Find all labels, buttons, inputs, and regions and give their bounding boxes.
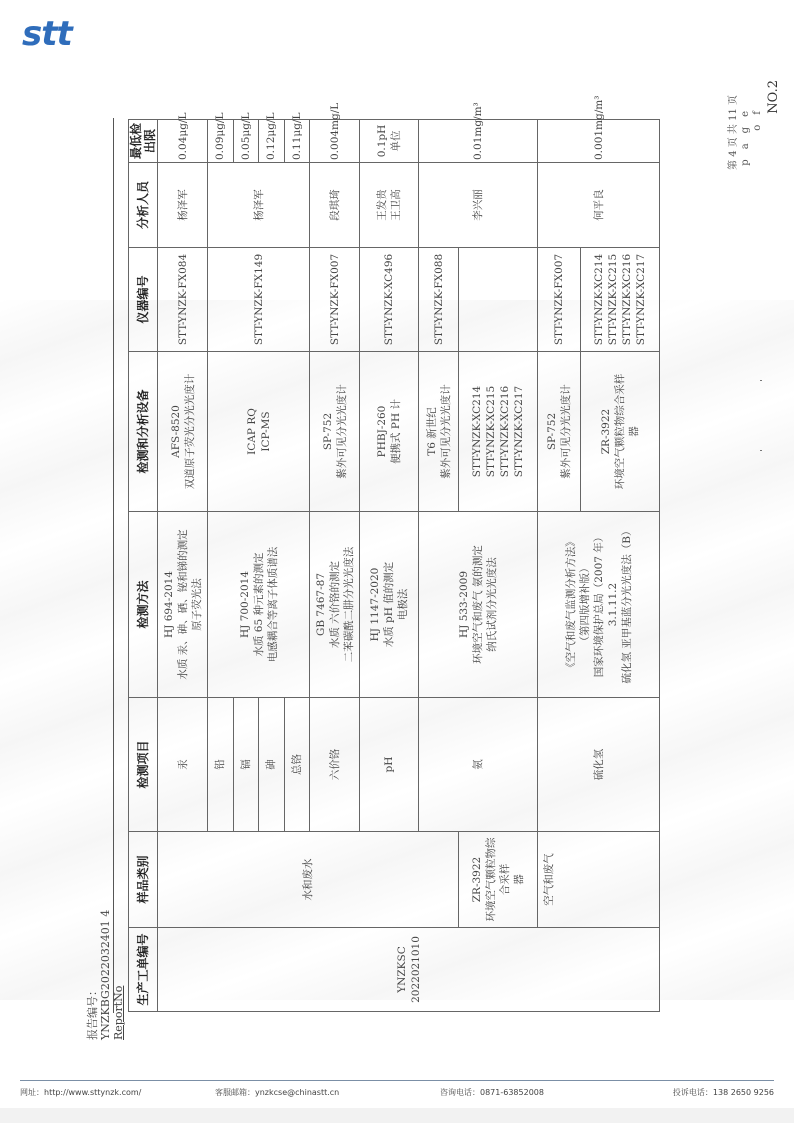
col-header-equipment: 检测和分析设备 [129,352,158,512]
equipment-cell: ZR-3922环境空气颗粒物综合采样器 [459,832,538,928]
website-link[interactable]: http://www.sttynzk.com/ [44,1088,141,1097]
table-header-row: 生产工单编号 样品类别 检测项目 检测方法 检测和分析设备 仪器编号 分析人员 … [129,120,158,1012]
item-cell: 氨 [419,698,538,832]
col-header-category: 样品类别 [129,832,158,928]
analyst-cell: 杨泽军 [208,163,310,248]
page-bottom-shade [0,1108,794,1123]
company-logo: stt [22,14,72,54]
instrument-cell: STT-YNZK-FX007 [310,248,360,352]
method-cell: HJ 533-2009环境空气和废气 氨的测定纳氏试剂分光光度法 [419,512,538,698]
limit-cell: 0.004mg/L [310,120,360,163]
analyst-cell: 杨泽军 [158,163,208,248]
footer-website: 网址：http://www.sttynzk.com/ [20,1087,141,1098]
analyst-cell: 王发贵王卫高 [360,163,419,248]
test-method-table: 生产工单编号 样品类别 检测项目 检测方法 检测和分析设备 仪器编号 分析人员 … [128,120,658,1012]
col-header-item: 检测项目 [129,698,158,832]
item-cell: 总铬 [284,698,310,832]
item-cell: 砷 [259,698,285,832]
limit-cell: 0.001mg/m³ [538,120,660,163]
limit-cell: 0.1pH 单位 [360,120,419,163]
category-air: 空气和废气 [538,832,660,928]
equipment-cell: SP-752紫外可见分光光度计 [310,352,360,512]
instrument-cell: STT-YNZK-XC214STT-YNZK-XC215STT-YNZK-XC2… [581,248,660,352]
item-cell: 镉 [233,698,259,832]
equipment-cell: T6 新世纪紫外可见分光光度计 [419,352,459,512]
divider [113,118,114,1013]
col-header-instrument: 仪器编号 [129,248,158,352]
page-indicator-cn: 第 4 页 共 11 页 [728,95,740,205]
table-row: 空气和废气 硫化氢 《空气和废气监测分析方法》（第四版增补版）国家环境保护总局（… [538,120,581,1012]
method-cell: 《空气和废气监测分析方法》（第四版增补版）国家环境保护总局（2007 年）3.1… [538,512,660,698]
scan-speck [760,380,762,381]
col-header-limit: 最低检出限 [129,120,158,163]
report-no-label: 报告编号： [86,985,99,1040]
limit-cell: 0.09μg/L [208,120,234,163]
col-header-work-order: 生产工单编号 [129,928,158,1012]
item-cell: 硫化氢 [538,698,660,832]
method-cell: HJ 694-2014水质 汞、砷、硒、铋和锑的测定原子荧光法 [158,512,208,698]
limit-cell: 0.12μg/L [259,120,285,163]
instrument-cell: STT-YNZK-FX149 [208,248,310,352]
footer-consult-phone: 咨询电话：0871-63852008 [440,1087,544,1098]
item-cell: 六价铬 [310,698,360,832]
equipment-cell: ZR-3922环境空气颗粒物综合采样器 [581,352,660,512]
analyst-cell: 段琪琦 [310,163,360,248]
table-row: YNZKSC2022021010 水和废水 汞 HJ 694-2014水质 汞、… [158,120,208,1012]
instrument-cell: STT-YNZK-XC214STT-YNZK-XC215STT-YNZK-XC2… [459,352,538,512]
report-number: 报告编号： YNZKBG2022032401 4 ReportNo [86,870,116,1040]
form-number: NO.2 [766,80,782,116]
equipment-cell: PHBJ-260便携式 PH 计 [360,352,419,512]
item-cell: 汞 [158,698,208,832]
method-cell: HJ 1147-2020水质 pH 值的测定电极法 [360,512,419,698]
item-cell: 铅 [208,698,234,832]
work-order-cell: YNZKSC2022021010 [158,928,660,1012]
category-water: 水和废水 [158,832,459,928]
instrument-cell: STT-YNZK-XC496 [360,248,419,352]
footer: 网址：http://www.sttynzk.com/ 客服邮箱：ynzkcse@… [20,1087,774,1101]
page-indicator-en: page of [740,95,764,205]
scan-speck [760,450,762,451]
item-cell: pH [360,698,419,832]
footer-divider [20,1080,774,1081]
limit-cell: 0.05μg/L [233,120,259,163]
analyst-cell: 何平良 [538,163,660,248]
equipment-cell: SP-752紫外可见分光光度计 [538,352,581,512]
limit-cell: 0.04μg/L [158,120,208,163]
email-link[interactable]: ynzkcse@chinastt.cn [255,1088,339,1097]
col-header-method: 检测方法 [129,512,158,698]
method-cell: GB 7467-87水质 六价铬的测定二苯碳酰二肼分光光度法 [310,512,360,698]
col-header-analyst: 分析人员 [129,163,158,248]
limit-cell: 0.01mg/m³ [419,120,538,163]
footer-email: 客服邮箱：ynzkcse@chinastt.cn [215,1087,339,1098]
report-no-value: YNZKBG2022032401 4 [99,910,112,1040]
instrument-cell: STT-YNZK-FX084 [158,248,208,352]
limit-cell: 0.11μg/L [284,120,310,163]
instrument-cell: STT-YNZK-FX007 [538,248,581,352]
equipment-cell: AFS-8520双道原子荧光分光光度计 [158,352,208,512]
equipment-cell: ICAP RQICP-MS [208,352,310,512]
analyst-cell: 李兴丽 [419,163,538,248]
page-indicator: 第 4 页 共 11 页 page of [728,95,758,205]
instrument-cell: STT-YNZK-FX088 [419,248,459,352]
method-cell: HJ 700-2014水质 65 种元素的测定电感耦合等离子体质谱法 [208,512,310,698]
footer-complaint-phone: 投诉电话：138 2650 9256 [673,1087,774,1098]
